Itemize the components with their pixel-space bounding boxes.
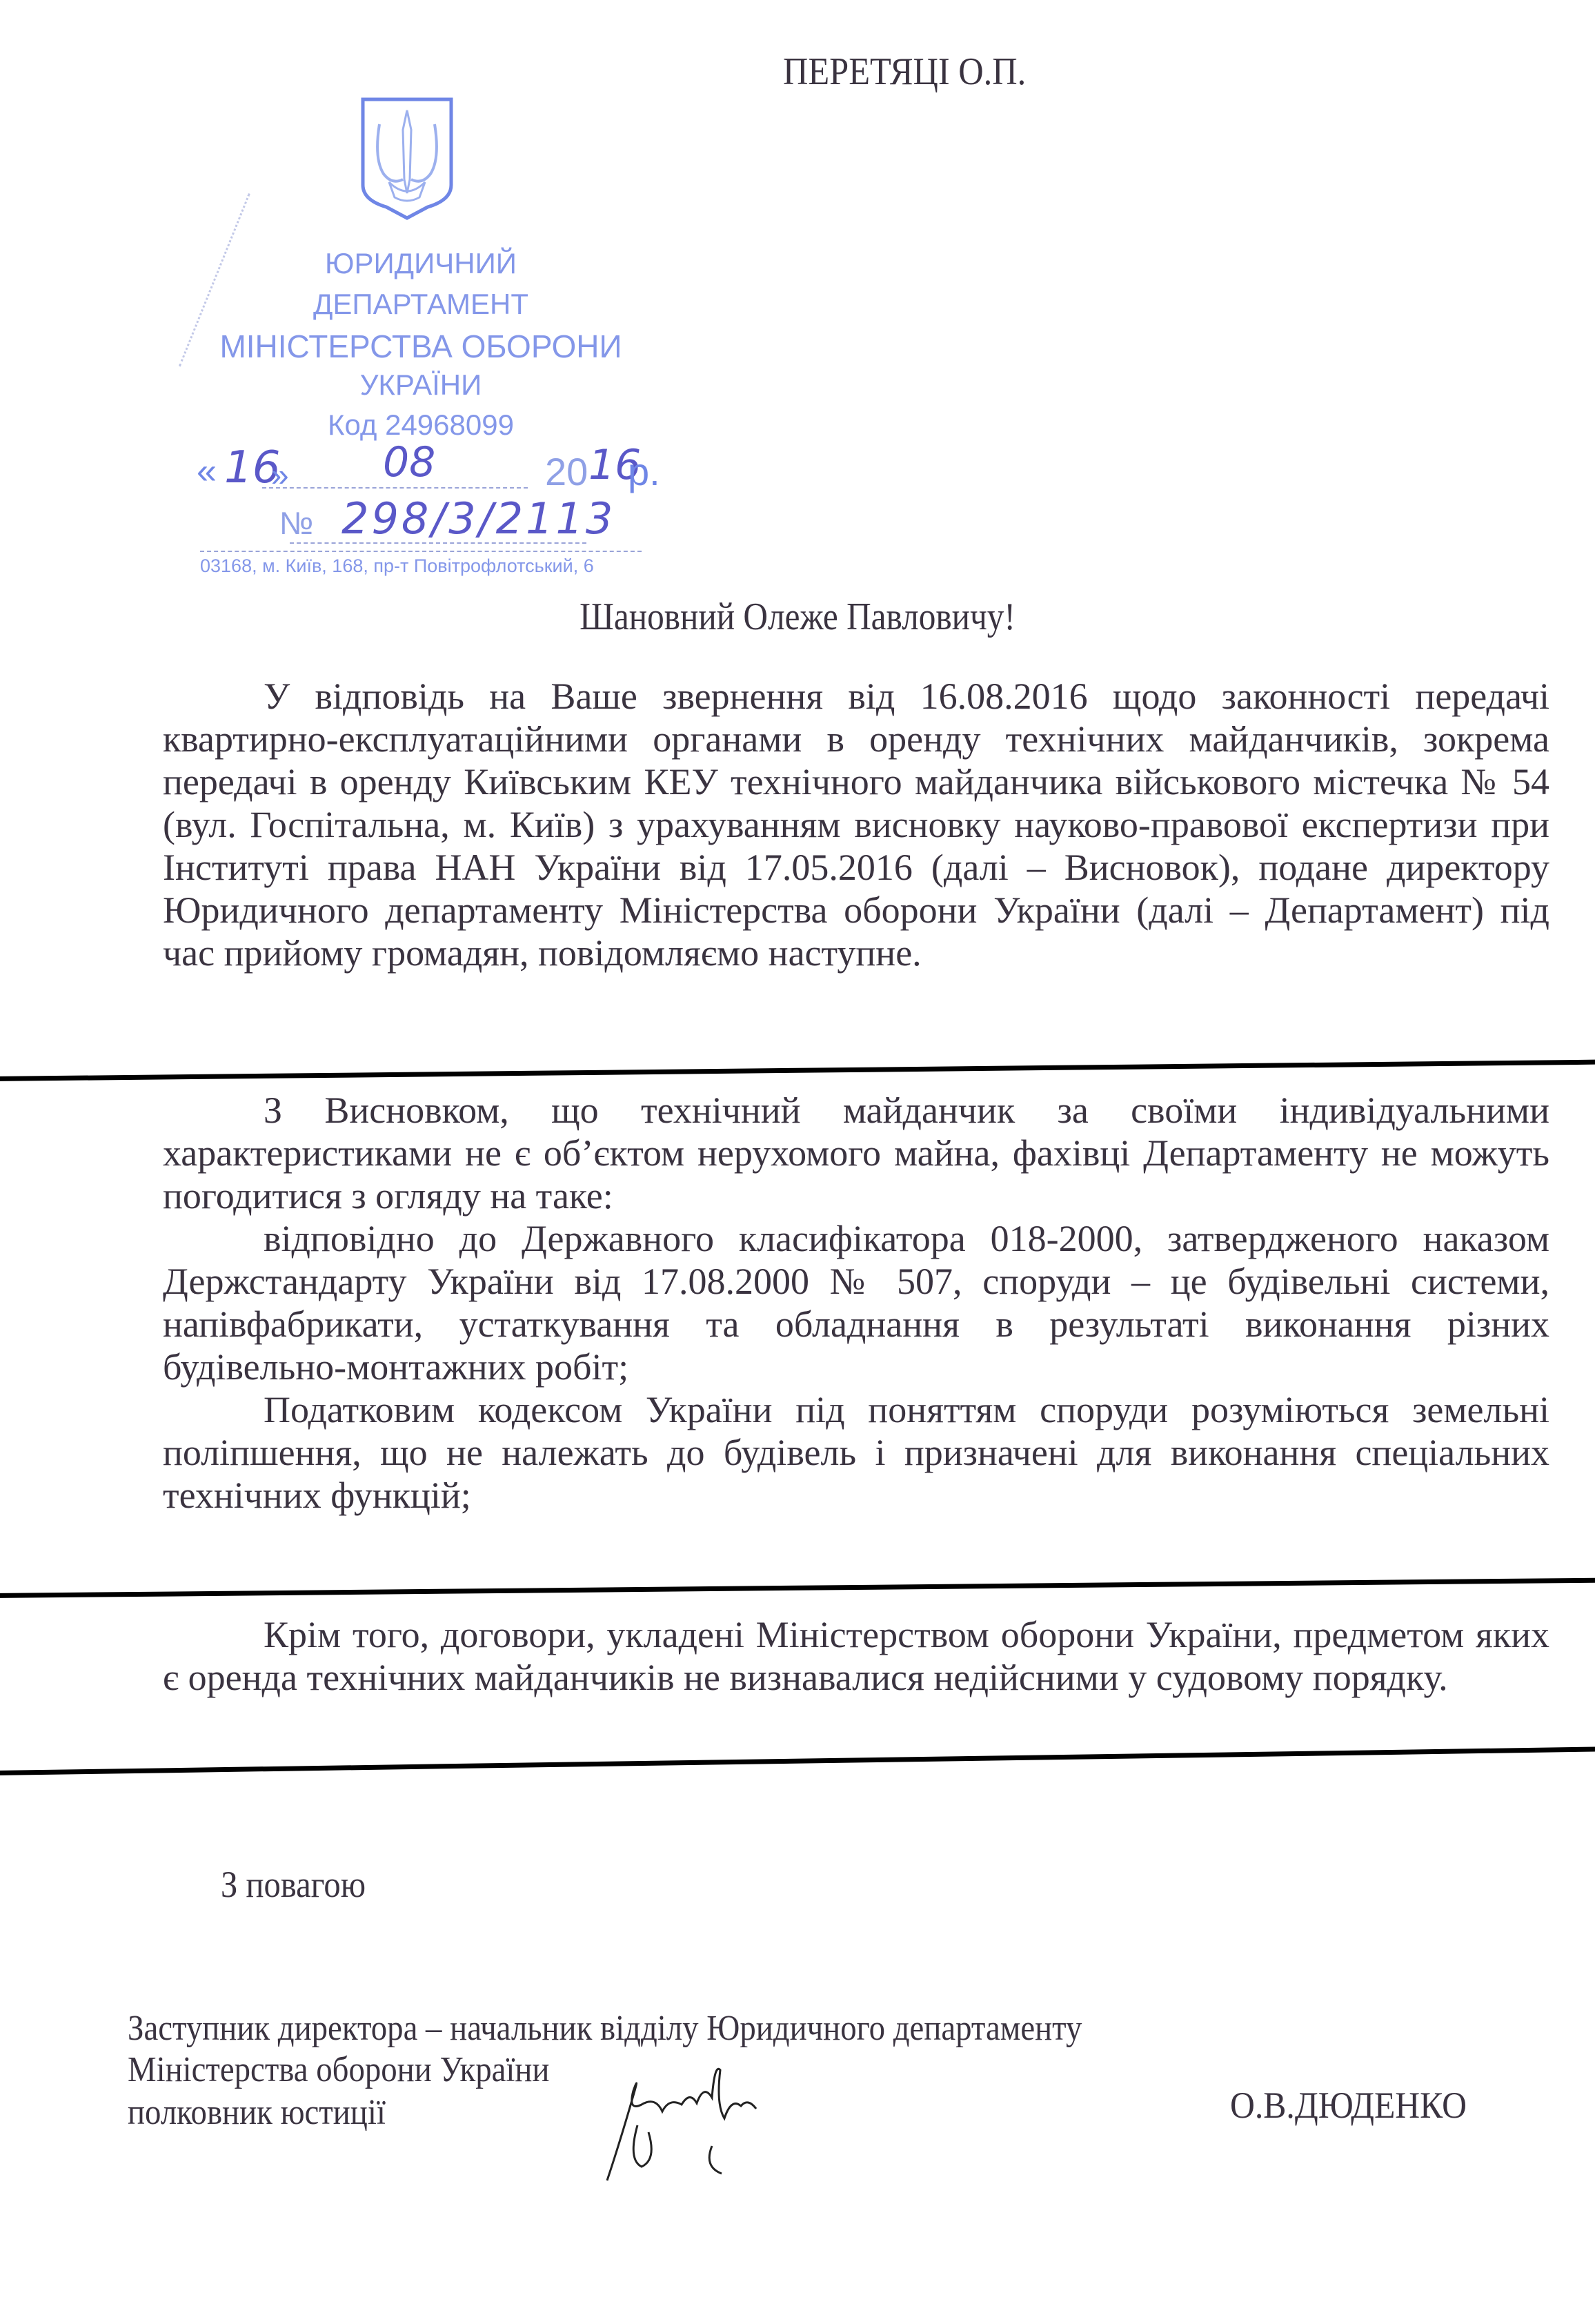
signatory-title-2: Міністерства оборони України [128,2049,549,2090]
signatory-rank: полковник юстиції [128,2092,386,2133]
date-year-prefix: 20 [545,449,588,494]
closing: З повагою [221,1863,366,1906]
stamp-line-3: МІНІСТЕРСТВА ОБОРОНИ [207,328,635,365]
signatory-name: О.В.ДЮДЕНКО [1230,2084,1467,2127]
paragraph-2: З Висновком, що технічний майданчик за с… [163,1089,1549,1517]
stamp-number: № 298/3/2113 [197,493,652,542]
paragraph-2-intro: З Висновком, що технічний майданчик за с… [163,1089,1549,1217]
stamp-date: « 16 » 08 20 16 р. [197,445,652,493]
separator-line-3 [0,1746,1595,1775]
paragraph-2-point-1: відповідно до Державного класифікатора 0… [163,1217,1549,1388]
stamp-line-2: ДЕПАРТАМЕНТ [207,288,635,321]
separator-line-2 [0,1578,1595,1598]
number-underline [290,542,586,544]
registration-number: 298/3/2113 [341,493,615,544]
paragraph-3: Крім того, договори, укладені Міністерст… [163,1613,1549,1699]
greeting: Шановний Олеже Павловичу! [96,595,1500,639]
handwritten-signature [593,2063,842,2194]
signatory-title-1: Заступник директора – начальник відділу … [128,2008,1082,2049]
ukraine-coat-of-arms-icon [359,97,455,221]
paragraph-1: У відповідь на Ваше звернення від 16.08.… [163,675,1549,974]
date-quote-open: « [197,451,217,492]
separator-line-1 [0,1059,1595,1081]
address-underline [200,551,642,552]
paragraph-2-point-2: Податковим кодексом України під поняттям… [163,1388,1549,1517]
date-underline [262,487,528,489]
stamp-line-1: ЮРИДИЧНИЙ [207,247,635,280]
stamp-address: 03168, м. Київ, 168, пр-т Повітрофлотськ… [200,555,594,577]
stamp-code: Код 24968099 [207,408,635,442]
addressee: ПЕРЕТЯЦІ О.П. [783,50,1026,94]
date-year-suffix: р. [628,449,660,494]
date-month: 08 [383,438,435,486]
number-sign: № [279,504,313,542]
stamp-line-4: УКРАЇНИ [207,368,635,402]
